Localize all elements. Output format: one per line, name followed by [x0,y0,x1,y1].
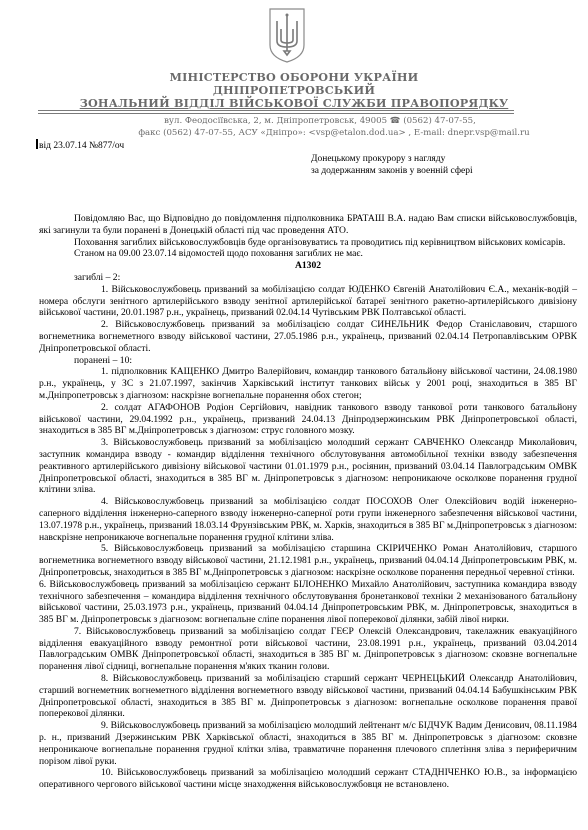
text-cursor [36,139,38,149]
header-divider [38,110,514,111]
list-item: 1. Військовослужбовець призваний за мобі… [39,284,577,319]
list-item: 2. Військовослужбовець призваний за мобі… [39,319,577,354]
list-item: 2. солдат АГАФОНОВ Родіон Сергійович, на… [39,402,577,437]
killed-heading: загиблі – 2: [39,272,577,284]
list-item: 3. Військовослужбовець призваний за мобі… [39,437,577,496]
address-line: вул. Феодосіївська, 2, м. Дніпропетровсь… [0,115,588,127]
addressee-line: за додержанням законів у военній сфері [311,165,473,177]
list-item: 10. Військовослужбовець призваний за моб… [39,767,577,791]
list-item: 9. Військовослужбовець призваний за мобі… [39,720,577,767]
addressee-line: Донецькому прокурору з нагляду [311,153,473,165]
list-item: 6. Військовослужбовець призваний за мобі… [39,579,577,626]
list-item: 8. Військовослужбовець призваний за мобі… [39,673,577,720]
header-divider [38,113,514,114]
department-title: ЗОНАЛЬНИЙ ВІДДІЛ ВІЙСЬКОВОЇ СЛУЖБИ ПРАВО… [0,97,588,110]
unit-heading: А1302 [39,260,577,272]
document-page: МІНІСТЕРСТВО ОБОРОНИ УКРАЇНИ ДНІПРОПЕТРО… [0,0,588,830]
reference-text: від 23.07.14 №877/оч [39,141,124,151]
intro-paragraph: Повідомляю Вас, що Відповідно до повідом… [39,213,577,237]
intro-paragraph: Поховання загиблих військовослужбовців б… [39,237,577,249]
document-reference[interactable]: від 23.07.14 №877/оч [36,139,124,152]
document-body: Повідомляю Вас, що Відповідно до повідом… [39,213,577,791]
list-item: 4. Військовослужбовець призваний за мобі… [39,496,577,543]
wounded-heading: поранені – 10: [39,355,577,367]
addressee-block: Донецькому прокурору з нагляду за додерж… [311,153,473,177]
list-item: 1. підполковник КАЩЕНКО Дмитро Валерійов… [39,366,577,401]
list-item: 5. Військовослужбовець призваний за мобі… [39,543,577,578]
status-paragraph: Станом на 09.00 23.07.14 відомостей щодо… [39,248,577,260]
contacts-line: факс (0562) 47-07-55, АСУ «Дніпро»: <vsp… [0,127,588,139]
trident-coat-of-arms-icon [267,7,307,64]
list-item: 7. Військовослужбовець призваний за мобі… [39,626,577,673]
